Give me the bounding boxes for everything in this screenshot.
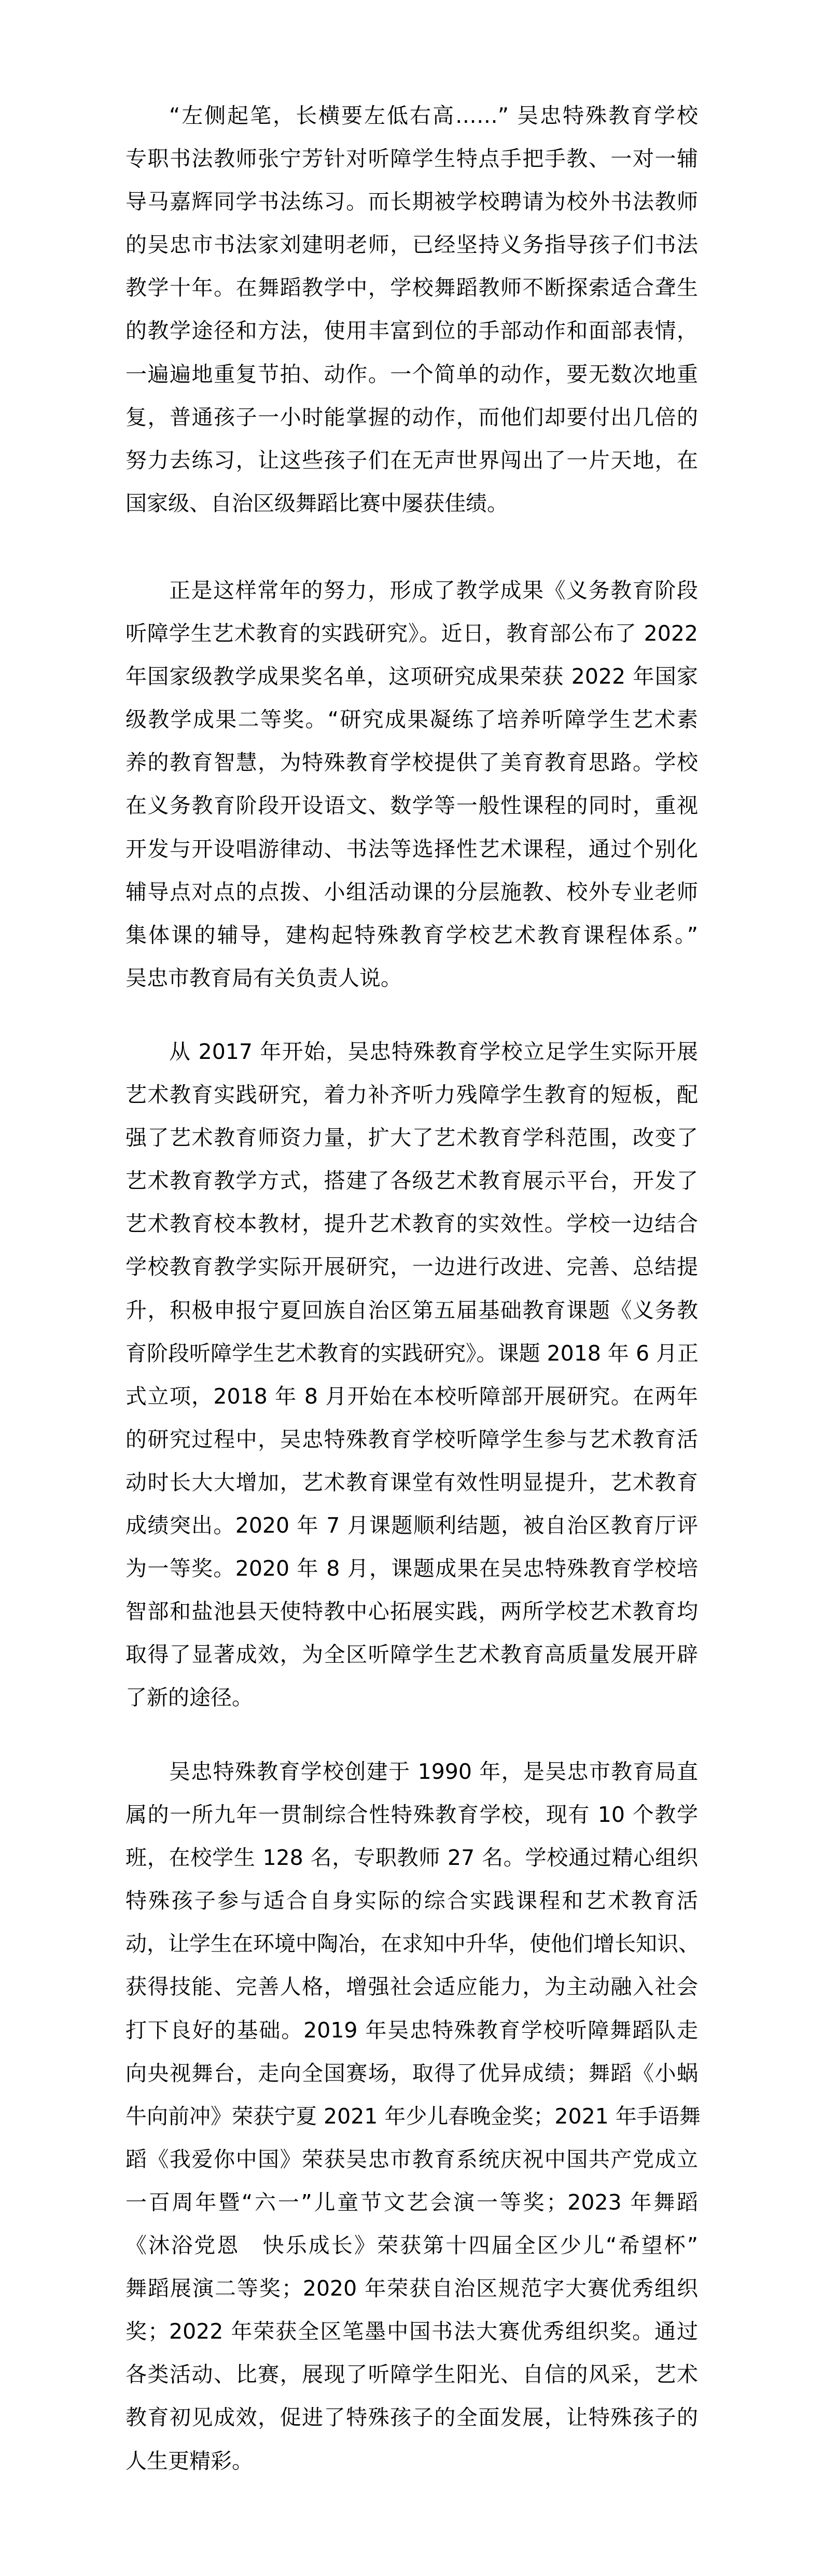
text-line: 人生更精彩。 [125, 2440, 698, 2483]
text-line: 蹈《我爱你中国》荣获吴忠市教育系统庆祝中国共产党成立 [125, 2138, 698, 2181]
text-line: 教学十年。在舞蹈教学中，学校舞蹈教师不断探索适合聋生 [125, 266, 698, 309]
text-line: 动时长大大增加，艺术教育课堂有效性明显提升，艺术教育 [125, 1461, 698, 1504]
text-line: 一遍遍地重复节拍、动作。一个简单的动作，要无数次地重 [125, 353, 698, 396]
text-line: 在义务教育阶段开设语文、数学等一般性课程的同时，重视 [125, 784, 698, 827]
text-line: 导马嘉辉同学书法练习。而长期被学校聘请为校外书法教师 [125, 180, 698, 223]
text-line: 专职书法教师张宁芳针对听障学生特点手把手教、一对一辅 [125, 137, 698, 180]
text-line: 特殊孩子参与适合自身实际的综合实践课程和艺术教育活 [125, 1879, 698, 1922]
text-line: 艺术教育教学方式，搭建了各级艺术教育展示平台，开发了 [125, 1159, 698, 1202]
text-line: 向央视舞台，走向全国赛场，取得了优异成绩；舞蹈《小蜗 [125, 2052, 698, 2095]
text-line: 艺术教育校本教材，提升艺术教育的实效性。学校一边结合 [125, 1202, 698, 1245]
text-line: 智部和盐池县天使特教中心拓展实践，两所学校艺术教育均 [125, 1590, 698, 1633]
text-line: 属的一所九年一贯制综合性特殊教育学校，现有 10 个教学 [125, 1793, 698, 1836]
text-line: 开发与开设唱游律动、书法等选择性艺术课程，通过个别化 [125, 828, 698, 871]
text-line: 的研究过程中，吴忠特殊教育学校听障学生参与艺术教育活 [125, 1418, 698, 1461]
text-line: 养的教育智慧，为特殊教育学校提供了美育教育思路。学校 [125, 741, 698, 784]
text-line: 奖；2022 年荣获全区笔墨中国书法大赛优秀组织奖。通过 [125, 2310, 698, 2353]
text-line: 取得了显著成效，为全区听障学生艺术教育高质量发展开辟 [125, 1633, 698, 1676]
text-line: 打下良好的基础。2019 年吴忠特殊教育学校听障舞蹈队走 [125, 2009, 698, 2052]
text-line: 艺术教育实践研究，着力补齐听力残障学生教育的短板，配 [125, 1073, 698, 1116]
paragraph-art-education-research: 从 2017 年开始，吴忠特殊教育学校立足学生实际开展艺术教育实践研究，着力补齐… [125, 1030, 698, 1720]
text-line: 级教学成果二等奖。“研究成果凝练了培养听障学生艺术素 [125, 698, 698, 741]
text-line: 的吴忠市书法家刘建明老师，已经坚持义务指导孩子们书法 [125, 223, 698, 266]
text-line: 教育初见成效，促进了特殊孩子的全面发展，让特殊孩子的 [125, 2396, 698, 2439]
text-line: 吴忠特殊教育学校创建于 1990 年，是吴忠市教育局直 [125, 1750, 698, 1793]
text-line: 强了艺术教育师资力量，扩大了艺术教育学科范围，改变了 [125, 1116, 698, 1159]
text-line: 国家级、自治区级舞蹈比赛中屡获佳绩。 [125, 482, 698, 525]
text-line: 集体课的辅导，建构起特殊教育学校艺术教育课程体系。” [125, 914, 698, 957]
text-line: 动，让学生在环境中陶冶，在求知中升华，使他们增长知识、 [125, 1922, 698, 1965]
text-line: 育阶段听障学生艺术教育的实践研究》。课题 2018 年 6 月正 [125, 1332, 698, 1375]
text-line: 舞蹈展演二等奖；2020 年荣获自治区规范字大赛优秀组织 [125, 2267, 698, 2310]
text-line: 学校教育教学实际开展研究，一边进行改进、完善、总结提 [125, 1245, 698, 1289]
text-line: 《沐浴党恩 快乐成长》荣获第十四届全区少儿“希望杯” [125, 2224, 698, 2267]
text-line: 各类活动、比赛，展现了听障学生阳光、自信的风采，艺术 [125, 2353, 698, 2396]
paragraph-school-introduction: 吴忠特殊教育学校创建于 1990 年，是吴忠市教育局直属的一所九年一贯制综合性特… [125, 1750, 698, 2483]
text-line: 班，在校学生 128 名，专职教师 27 名。学校通过精心组织 [125, 1836, 698, 1879]
text-line: 了新的途径。 [125, 1676, 698, 1719]
text-line: 年国家级教学成果奖名单，这项研究成果荣获 2022 年国家 [125, 655, 698, 698]
paragraph-teaching-achievement: 正是这样常年的努力，形成了教学成果《义务教育阶段听障学生艺术教育的实践研究》。近… [125, 569, 698, 1000]
text-line: 成绩突出。2020 年 7 月课题顺利结题，被自治区教育厅评 [125, 1504, 698, 1547]
text-line: 为一等奖。2020 年 8 月，课题成果在吴忠特殊教育学校培 [125, 1547, 698, 1590]
paragraph-calligraphy-dance: “左侧起笔，长横要左低右高……” 吴忠特殊教育学校专职书法教师张宁芳针对听障学生… [125, 94, 698, 525]
text-line: 牛向前冲》荣获宁夏 2021 年少儿春晚金奖；2021 年手语舞 [125, 2095, 698, 2138]
text-line: 升，积极申报宁夏回族自治区第五届基础教育课题《义务教 [125, 1289, 698, 1332]
text-line: 从 2017 年开始，吴忠特殊教育学校立足学生实际开展 [125, 1030, 698, 1073]
text-line: 一百周年暨“六一”儿童节文艺会演一等奖；2023 年舞蹈 [125, 2181, 698, 2224]
text-line: 正是这样常年的努力，形成了教学成果《义务教育阶段 [125, 569, 698, 612]
text-line: 听障学生艺术教育的实践研究》。近日，教育部公布了 2022 [125, 612, 698, 655]
text-line: 获得技能、完善人格，增强社会适应能力，为主动融入社会 [125, 1965, 698, 2008]
text-line: 努力去练习，让这些孩子们在无声世界闯出了一片天地，在 [125, 439, 698, 482]
text-line: “左侧起笔，长横要左低右高……” 吴忠特殊教育学校 [125, 94, 698, 137]
text-line: 复，普通孩子一小时能掌握的动作，而他们却要付出几倍的 [125, 396, 698, 439]
text-line: 式立项，2018 年 8 月开始在本校听障部开展研究。在两年 [125, 1375, 698, 1418]
text-line: 辅导点对点的点拨、小组活动课的分层施教、校外专业老师 [125, 871, 698, 914]
text-line: 吴忠市教育局有关负责人说。 [125, 957, 698, 1000]
text-line: 的教学途径和方法，使用丰富到位的手部动作和面部表情， [125, 309, 698, 352]
